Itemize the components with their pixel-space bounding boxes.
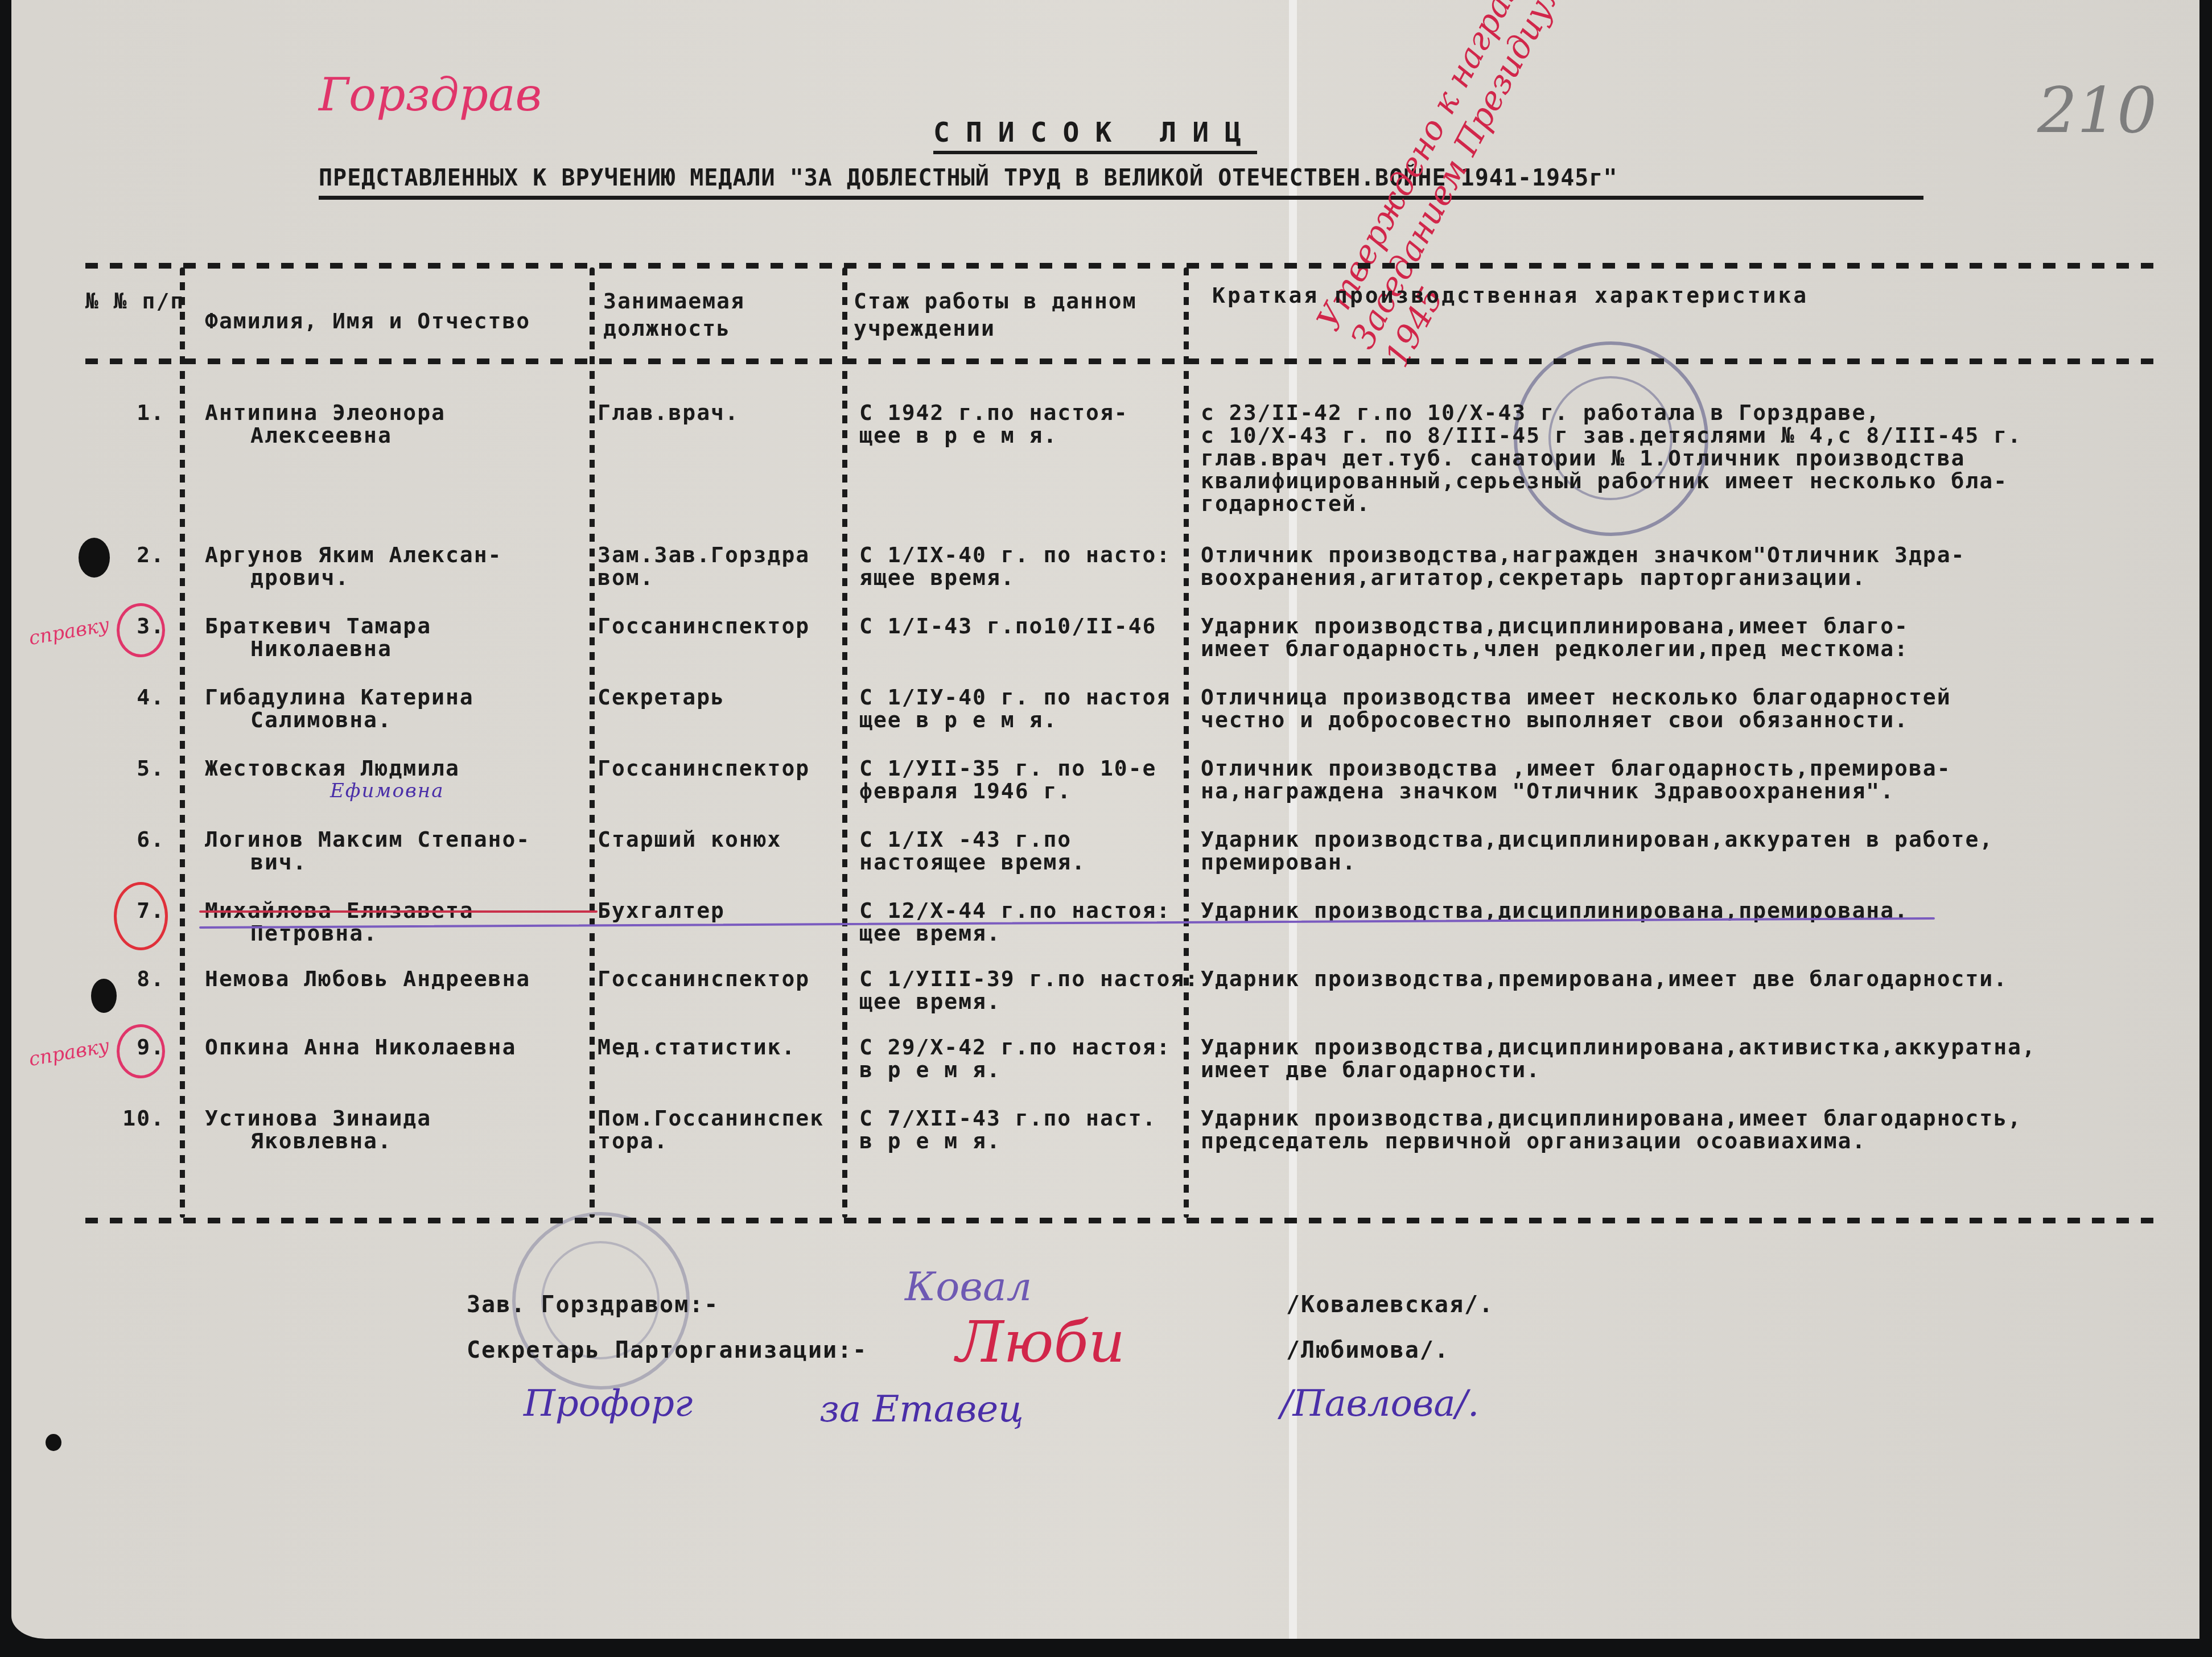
margin-annotation: справку	[27, 1034, 112, 1071]
person-name-line: вич.	[205, 851, 530, 873]
work-tenure-line: в р е м я.	[859, 1058, 1171, 1081]
production-characteristic-line: честно и добросовестно выполняет свои об…	[1201, 708, 1951, 731]
person-name: Жестовская ЛюдмилаЕфимовна	[205, 757, 460, 802]
job-position: Пом.Госсанинспектора.	[598, 1107, 824, 1152]
work-tenure: С 1/I-43 г.по10/II-46	[859, 615, 1156, 637]
person-name: Антипина ЭлеонораАлексеевна	[205, 401, 446, 447]
production-characteristic: Отличник производства,награжден значком"…	[1201, 543, 1965, 589]
job-position: Зам.Зав.Горздравом.	[598, 543, 810, 589]
job-position-line: вом.	[598, 566, 810, 589]
row-number-line: 10.	[97, 1107, 165, 1130]
work-tenure-line: щее в р е м я.	[859, 708, 1171, 731]
row-number-line: 5.	[97, 757, 165, 780]
archive-page-number: 210	[2037, 74, 2157, 147]
row-number: 8.	[97, 967, 165, 990]
job-position: Госсанинспектор	[598, 967, 810, 990]
production-characteristic-line: председатель первичной организации осоав…	[1201, 1130, 2022, 1152]
production-characteristic: Отличник производства ,имеет благодарнос…	[1201, 757, 1951, 802]
person-name-line: Немова Любовь Андреевна	[205, 967, 530, 990]
production-characteristic: Ударник производства,премирована,имеет д…	[1201, 967, 2008, 990]
row-number-circle	[117, 603, 165, 657]
work-tenure-line: С 29/X-42 г.по настоя:	[859, 1036, 1171, 1058]
production-characteristic-line: квалифицированный,серьезный работник име…	[1201, 469, 2022, 492]
job-position-line: Секретарь	[598, 686, 725, 708]
signature-title-secretary: Секретарь Парторганизации:-	[467, 1337, 867, 1363]
work-tenure-line: в р е м я.	[859, 1130, 1156, 1152]
column-divider	[590, 267, 595, 1218]
col-header-name: Фамилия, Имя и Отчество	[205, 307, 530, 335]
job-position-line: Глав.врач.	[598, 401, 739, 424]
production-characteristic: Ударник производства,дисциплинирована,им…	[1201, 1107, 2022, 1152]
job-position-line: Госсанинспектор	[598, 967, 810, 990]
handwritten-signature-head: Ковал	[905, 1263, 1032, 1310]
production-characteristic-line: Отличница производства имеет несколько б…	[1201, 686, 1951, 708]
production-characteristic-line: Ударник производства,дисциплинирован,акк…	[1201, 828, 1993, 851]
job-position-line: Зам.Зав.Горздра	[598, 543, 810, 566]
row-number-line: 4.	[97, 686, 165, 708]
production-characteristic-line: Ударник производства,дисциплинирована,им…	[1201, 1107, 2022, 1130]
table-bottom-rule	[85, 1218, 2162, 1223]
job-position-line: Госсанинспектор	[598, 757, 810, 780]
person-name: Немова Любовь Андреевна	[205, 967, 530, 990]
row-number: 1.	[97, 401, 165, 424]
production-characteristic-line: имеет две благодарности.	[1201, 1058, 2036, 1081]
work-tenure: С 1/IX-40 г. по насто:ящее время.	[859, 543, 1171, 589]
person-name-line: Николаевна	[205, 637, 431, 660]
col-header-characteristic: Краткая производственная характеристика	[1212, 282, 1809, 309]
work-tenure-line: щее время.	[859, 922, 1171, 945]
job-position: Секретарь	[598, 686, 725, 708]
page-title: СПИСОК ЛИЦ	[933, 117, 1257, 154]
punch-hole	[46, 1434, 61, 1451]
column-divider	[842, 267, 847, 1218]
production-characteristic: Ударник производства,дисциплинирован,акк…	[1201, 828, 1993, 873]
person-name-line: Ефимовна	[205, 780, 460, 802]
work-tenure: С 1/УII-35 г. по 10-ефевраля 1946 г.	[859, 757, 1156, 802]
production-characteristic-line: Ударник производства,премирована,имеет д…	[1201, 967, 2008, 990]
work-tenure: С 1/УIII-39 г.по настоя:щее время.	[859, 967, 1199, 1013]
person-name-line: дрович.	[205, 566, 502, 589]
production-characteristic: Ударник производства,дисциплинирована,им…	[1201, 615, 1909, 660]
column-divider	[180, 267, 185, 1218]
production-characteristic: Ударник производства,дисциплинирована,ак…	[1201, 1036, 2036, 1081]
production-characteristic-line: имеет благодарность,член редколегии,пред…	[1201, 637, 1909, 660]
job-position: Старший конюх	[598, 828, 781, 851]
production-characteristic: Отличница производства имеет несколько б…	[1201, 686, 1951, 731]
margin-annotation: справку	[27, 613, 112, 650]
document-page: Горздрав 210 СПИСОК ЛИЦ ПРЕДСТАВЛЕННЫХ К…	[11, 0, 2199, 1639]
production-characteristic-line: воохранения,агитатор,секретарь парторган…	[1201, 566, 1965, 589]
work-tenure-line: С 7/XII-43 г.по наст.	[859, 1107, 1156, 1130]
work-tenure: С 29/X-42 г.по настоя:в р е м я.	[859, 1036, 1171, 1081]
col-header-position: Занимаемая должность	[603, 287, 797, 342]
strikethrough-line	[199, 910, 598, 913]
work-tenure-line: С 1/IУ-40 г. по настоя	[859, 686, 1171, 708]
row-number: 4.	[97, 686, 165, 708]
person-name-line: Антипина Элеонора	[205, 401, 446, 424]
work-tenure: С 1942 г.по настоя-щее в р е м я.	[859, 401, 1128, 447]
row-number-line: 1.	[97, 401, 165, 424]
work-tenure-line: щее время.	[859, 990, 1199, 1013]
production-characteristic-line: премирован.	[1201, 851, 1993, 873]
table-header-rule	[85, 358, 2162, 364]
column-divider	[1184, 267, 1189, 1218]
person-name-line: Логинов Максим Степано-	[205, 828, 530, 851]
table-top-rule	[85, 263, 2162, 269]
handwritten-proforg-signature: за Етавец	[819, 1388, 1024, 1431]
person-name: Михайлова ЕлизаветаПетровна.	[205, 899, 474, 945]
person-name-line: Аргунов Яким Алексан-	[205, 543, 502, 566]
job-position-line: тора.	[598, 1130, 824, 1152]
person-name-line: Жестовская Людмила	[205, 757, 460, 780]
col-header-num: № № п/п	[85, 287, 171, 315]
row-number: 10.	[97, 1107, 165, 1130]
handwritten-signature-secretary: Люби	[956, 1309, 1125, 1375]
person-name-line: Салимовна.	[205, 708, 474, 731]
person-name-line: Алексеевна	[205, 424, 446, 447]
row-number: 2.	[97, 543, 165, 566]
work-tenure: С 1/IУ-40 г. по настоящее в р е м я.	[859, 686, 1171, 731]
row-number-line: 6.	[97, 828, 165, 851]
signature-name-secretary: /Любимова/.	[1286, 1337, 1449, 1363]
job-position: Госсанинспектор	[598, 757, 810, 780]
production-characteristic-line: Отличник производства ,имеет благодарнос…	[1201, 757, 1951, 780]
work-tenure-line: С 1942 г.по настоя-	[859, 401, 1128, 424]
production-characteristic-line: Отличник производства,награжден значком"…	[1201, 543, 1965, 566]
production-characteristic: с 23/II-42 г.по 10/X-43 г. работала в Го…	[1201, 401, 2022, 515]
corner-annotation: Горздрав	[319, 68, 542, 121]
production-characteristic-line: глав.врач дет.туб. санатории № 1.Отлични…	[1201, 447, 2022, 469]
page-subtitle: ПРЕДСТАВЛЕННЫХ К ВРУЧЕНИЮ МЕДАЛИ "ЗА ДОБ…	[319, 165, 1923, 200]
person-name-line: Яковлевна.	[205, 1130, 431, 1152]
person-name: Логинов Максим Степано-вич.	[205, 828, 530, 873]
person-name: Гибадулина КатеринаСалимовна.	[205, 686, 474, 731]
person-name-line: Устинова Зинаида	[205, 1107, 431, 1130]
row-number-line: 8.	[97, 967, 165, 990]
work-tenure-line: щее в р е м я.	[859, 424, 1128, 447]
work-tenure-line: С 1/I-43 г.по10/II-46	[859, 615, 1156, 637]
job-position-line: Старший конюх	[598, 828, 781, 851]
work-tenure-line: С 1/IX -43 г.по	[859, 828, 1086, 851]
job-position: Мед.статистик.	[598, 1036, 796, 1058]
row-number-line: 2.	[97, 543, 165, 566]
production-characteristic-line: с 10/X-43 г. по 8/III-45 г зав.детяслями…	[1201, 424, 2022, 447]
handwritten-proforg: Профорг	[524, 1383, 693, 1425]
signature-name-head: /Ковалевская/.	[1286, 1292, 1494, 1318]
person-name: Устинова ЗинаидаЯковлевна.	[205, 1107, 431, 1152]
production-characteristic-line: с 23/II-42 г.по 10/X-43 г. работала в Го…	[1201, 401, 2022, 424]
work-tenure: С 7/XII-43 г.по наст.в р е м я.	[859, 1107, 1156, 1152]
person-name-line: Браткевич Тамара	[205, 615, 431, 637]
person-name-line: Гибадулина Катерина	[205, 686, 474, 708]
person-name-line: Oпкина Анна Николаевна	[205, 1036, 516, 1058]
job-position: Госсанинспектор	[598, 615, 810, 637]
job-position: Глав.врач.	[598, 401, 739, 424]
row-number: 5.	[97, 757, 165, 780]
production-characteristic-line: годарностей.	[1201, 492, 2022, 515]
work-tenure-line: февраля 1946 г.	[859, 780, 1156, 802]
person-name: Аргунов Яким Алексан-дрович.	[205, 543, 502, 589]
person-name: Oпкина Анна Николаевна	[205, 1036, 516, 1058]
signature-title-head: Зав. Горздравом:-	[467, 1292, 719, 1318]
job-position-line: Пом.Госсанинспек	[598, 1107, 824, 1130]
work-tenure-line: С 1/IX-40 г. по насто:	[859, 543, 1171, 566]
handwritten-proforg-name: /Павлова/.	[1280, 1383, 1479, 1425]
work-tenure-line: С 12/X-44 г.по настоя:	[859, 899, 1171, 922]
work-tenure-line: С 1/УII-35 г. по 10-е	[859, 757, 1156, 780]
production-characteristic-line: на,награждена значком "Отличник Здравоох…	[1201, 780, 1951, 802]
production-characteristic-line: Ударник производства,дисциплинирована,им…	[1201, 615, 1909, 637]
work-tenure-line: ящее время.	[859, 566, 1171, 589]
job-position-line: Госсанинспектор	[598, 615, 810, 637]
person-name: Браткевич ТамараНиколаевна	[205, 615, 431, 660]
col-header-tenure: Стаж работы в данном учреждении	[854, 287, 1184, 342]
job-position-line: Бухгалтер	[598, 899, 725, 922]
work-tenure: С 1/IX -43 г.понастоящее время.	[859, 828, 1086, 873]
work-tenure-line: настоящее время.	[859, 851, 1086, 873]
row-number-circle	[114, 882, 168, 950]
job-position-line: Мед.статистик.	[598, 1036, 796, 1058]
work-tenure-line: С 1/УIII-39 г.по настоя:	[859, 967, 1199, 990]
row-number: 6.	[97, 828, 165, 851]
production-characteristic-line: Ударник производства,дисциплинирована,ак…	[1201, 1036, 2036, 1058]
row-number-circle	[117, 1024, 165, 1078]
job-position: Бухгалтер	[598, 899, 725, 922]
